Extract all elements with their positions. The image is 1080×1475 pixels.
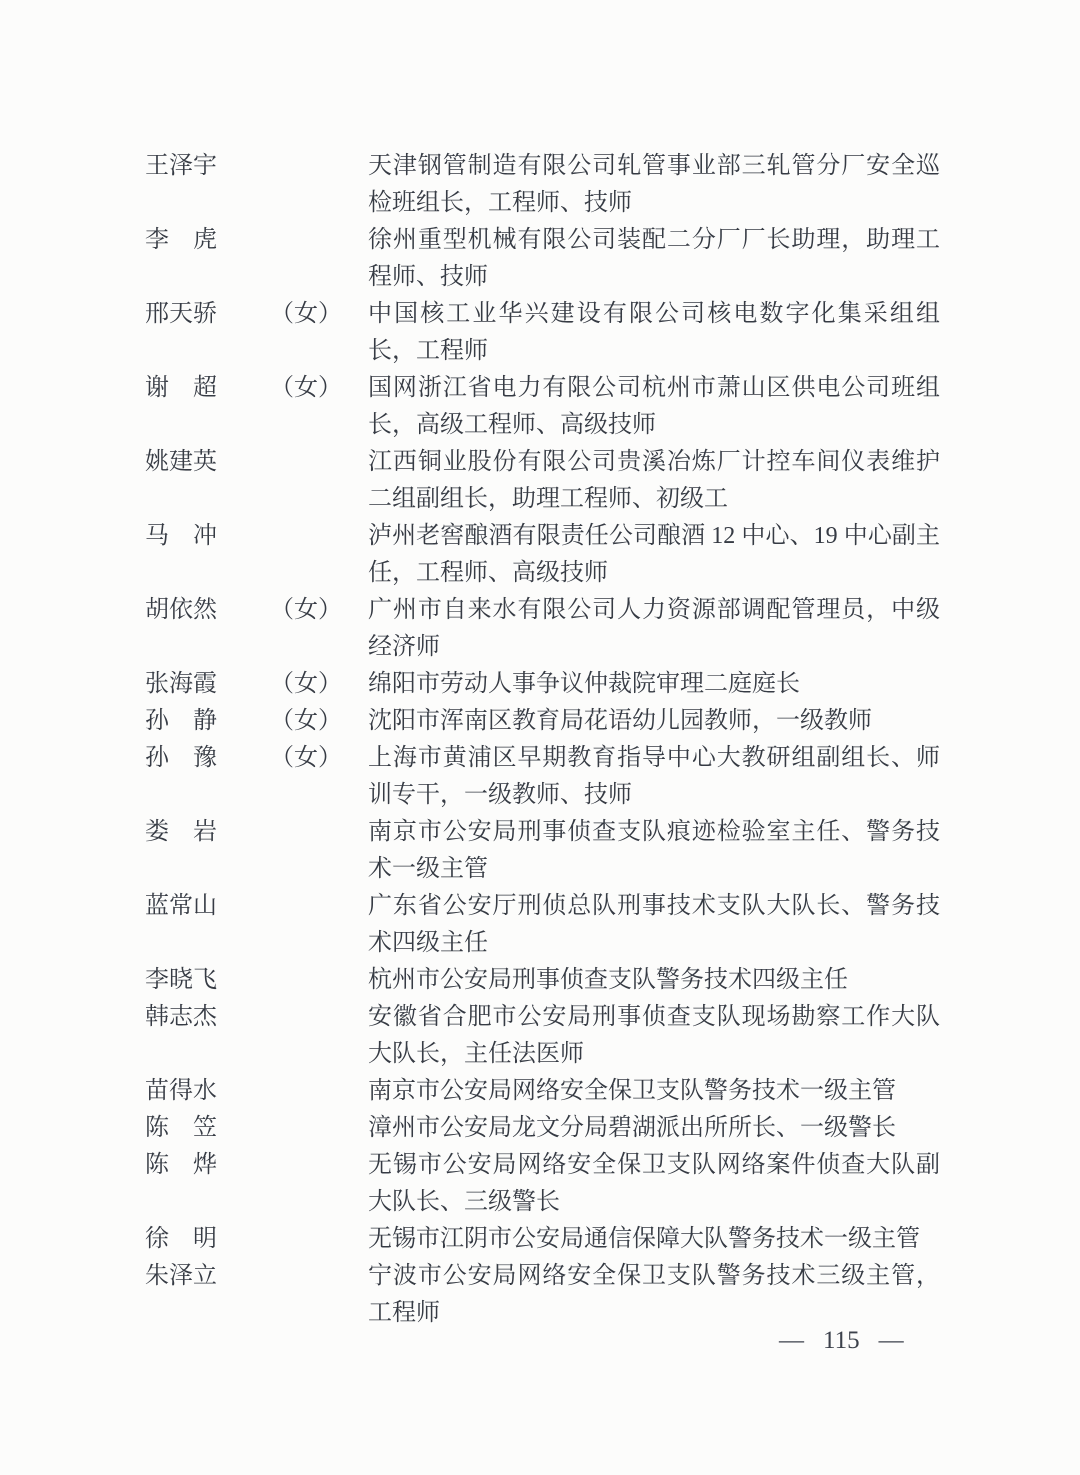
person-name: 孙 静 (145, 703, 217, 740)
award-list: 王泽宇 天津钢管制造有限公司轧管事业部三轧管分厂安全巡检班组长，工程师、技师 李… (145, 148, 941, 1332)
list-item: 张海霞 （女） 绵阳市劳动人事争议仲裁院审理二庭庭长 (145, 666, 941, 703)
position-description: 广东省公安厅刑侦总队刑事技术支队大队长、警务技术四级主任 (368, 888, 940, 962)
person-name: 苗得水 (145, 1073, 217, 1110)
position-description: 漳州市公安局龙文分局碧湖派出所所长、一级警长 (368, 1110, 940, 1147)
list-item: 蓝常山 广东省公安厅刑侦总队刑事技术支队大队长、警务技术四级主任 (145, 888, 941, 962)
position-description: 上海市黄浦区早期教育指导中心大教研组副组长、师训专干，一级教师、技师 (368, 740, 940, 814)
list-item: 谢 超 （女） 国网浙江省电力有限公司杭州市萧山区供电公司班组长，高级工程师、高… (145, 370, 941, 444)
gender-label: （女） (217, 592, 368, 629)
list-item: 陈 烨 无锡市公安局网络安全保卫支队网络案件侦查大队副大队长、三级警长 (145, 1147, 941, 1221)
gender-label: （女） (217, 666, 368, 703)
list-item: 孙 静 （女） 沈阳市浑南区教育局花语幼儿园教师，一级教师 (145, 703, 941, 740)
position-description: 南京市公安局刑事侦查支队痕迹检验室主任、警务技术一级主管 (368, 814, 940, 888)
person-name: 陈 烨 (145, 1147, 217, 1184)
list-item: 苗得水 南京市公安局网络安全保卫支队警务技术一级主管 (145, 1073, 941, 1110)
position-description: 沈阳市浑南区教育局花语幼儿园教师，一级教师 (368, 703, 940, 740)
page-number: 115 (823, 1326, 860, 1356)
person-name: 王泽宇 (145, 148, 217, 185)
document-page: 王泽宇 天津钢管制造有限公司轧管事业部三轧管分厂安全巡检班组长，工程师、技师 李… (0, 0, 1080, 1475)
list-item: 姚建英 江西铜业股份有限公司贵溪冶炼厂计控车间仪表维护二组副组长，助理工程师、初… (145, 444, 941, 518)
person-name: 朱泽立 (145, 1258, 217, 1295)
person-name: 胡依然 (145, 592, 217, 629)
list-item: 王泽宇 天津钢管制造有限公司轧管事业部三轧管分厂安全巡检班组长，工程师、技师 (145, 148, 941, 222)
list-item: 娄 岩 南京市公安局刑事侦查支队痕迹检验室主任、警务技术一级主管 (145, 814, 941, 888)
position-description: 泸州老窖酿酒有限责任公司酿酒 12 中心、19 中心副主任，工程师、高级技师 (368, 518, 940, 592)
person-name: 韩志杰 (145, 999, 217, 1036)
position-description: 徐州重型机械有限公司装配二分厂厂长助理，助理工程师、技师 (368, 222, 940, 296)
list-item: 朱泽立 宁波市公安局网络安全保卫支队警务技术三级主管，工程师 (145, 1258, 941, 1332)
person-name: 徐 明 (145, 1221, 217, 1258)
position-description: 绵阳市劳动人事争议仲裁院审理二庭庭长 (368, 666, 940, 703)
page-footer: — 115 — (779, 1326, 904, 1356)
list-item: 孙 豫 （女） 上海市黄浦区早期教育指导中心大教研组副组长、师训专干，一级教师、… (145, 740, 941, 814)
person-name: 孙 豫 (145, 740, 217, 777)
person-name: 张海霞 (145, 666, 217, 703)
list-item: 陈 笠 漳州市公安局龙文分局碧湖派出所所长、一级警长 (145, 1110, 941, 1147)
position-description: 天津钢管制造有限公司轧管事业部三轧管分厂安全巡检班组长，工程师、技师 (368, 148, 940, 222)
person-name: 李晓飞 (145, 962, 217, 999)
person-name: 邢天骄 (145, 296, 217, 333)
position-description: 江西铜业股份有限公司贵溪冶炼厂计控车间仪表维护二组副组长，助理工程师、初级工 (368, 444, 940, 518)
gender-label: （女） (217, 296, 368, 333)
list-item: 徐 明 无锡市江阴市公安局通信保障大队警务技术一级主管 (145, 1221, 941, 1258)
position-description: 无锡市公安局网络安全保卫支队网络案件侦查大队副大队长、三级警长 (368, 1147, 940, 1221)
list-item: 李 虎 徐州重型机械有限公司装配二分厂厂长助理，助理工程师、技师 (145, 222, 941, 296)
person-name: 蓝常山 (145, 888, 217, 925)
position-description: 广州市自来水有限公司人力资源部调配管理员，中级经济师 (368, 592, 940, 666)
position-description: 南京市公安局网络安全保卫支队警务技术一级主管 (368, 1073, 940, 1110)
gender-label: （女） (217, 370, 368, 407)
page-number-dash-left: — (779, 1326, 804, 1356)
list-item: 胡依然 （女） 广州市自来水有限公司人力资源部调配管理员，中级经济师 (145, 592, 941, 666)
person-name: 谢 超 (145, 370, 217, 407)
gender-label: （女） (217, 703, 368, 740)
position-description: 无锡市江阴市公安局通信保障大队警务技术一级主管 (368, 1221, 940, 1258)
person-name: 陈 笠 (145, 1110, 217, 1147)
position-description: 中国核工业华兴建设有限公司核电数字化集采组组长，工程师 (368, 296, 940, 370)
list-item: 韩志杰 安徽省合肥市公安局刑事侦查支队现场勘察工作大队大队长，主任法医师 (145, 999, 941, 1073)
list-item: 邢天骄 （女） 中国核工业华兴建设有限公司核电数字化集采组组长，工程师 (145, 296, 941, 370)
person-name: 姚建英 (145, 444, 217, 481)
position-description: 宁波市公安局网络安全保卫支队警务技术三级主管，工程师 (368, 1258, 940, 1332)
page-number-dash-right: — (879, 1326, 904, 1356)
position-description: 国网浙江省电力有限公司杭州市萧山区供电公司班组长，高级工程师、高级技师 (368, 370, 940, 444)
list-item: 马 冲 泸州老窖酿酒有限责任公司酿酒 12 中心、19 中心副主任，工程师、高级… (145, 518, 941, 592)
person-name: 李 虎 (145, 222, 217, 259)
position-description: 安徽省合肥市公安局刑事侦查支队现场勘察工作大队大队长，主任法医师 (368, 999, 940, 1073)
person-name: 娄 岩 (145, 814, 217, 851)
list-item: 李晓飞 杭州市公安局刑事侦查支队警务技术四级主任 (145, 962, 941, 999)
position-description: 杭州市公安局刑事侦查支队警务技术四级主任 (368, 962, 940, 999)
gender-label: （女） (217, 740, 368, 777)
person-name: 马 冲 (145, 518, 217, 555)
